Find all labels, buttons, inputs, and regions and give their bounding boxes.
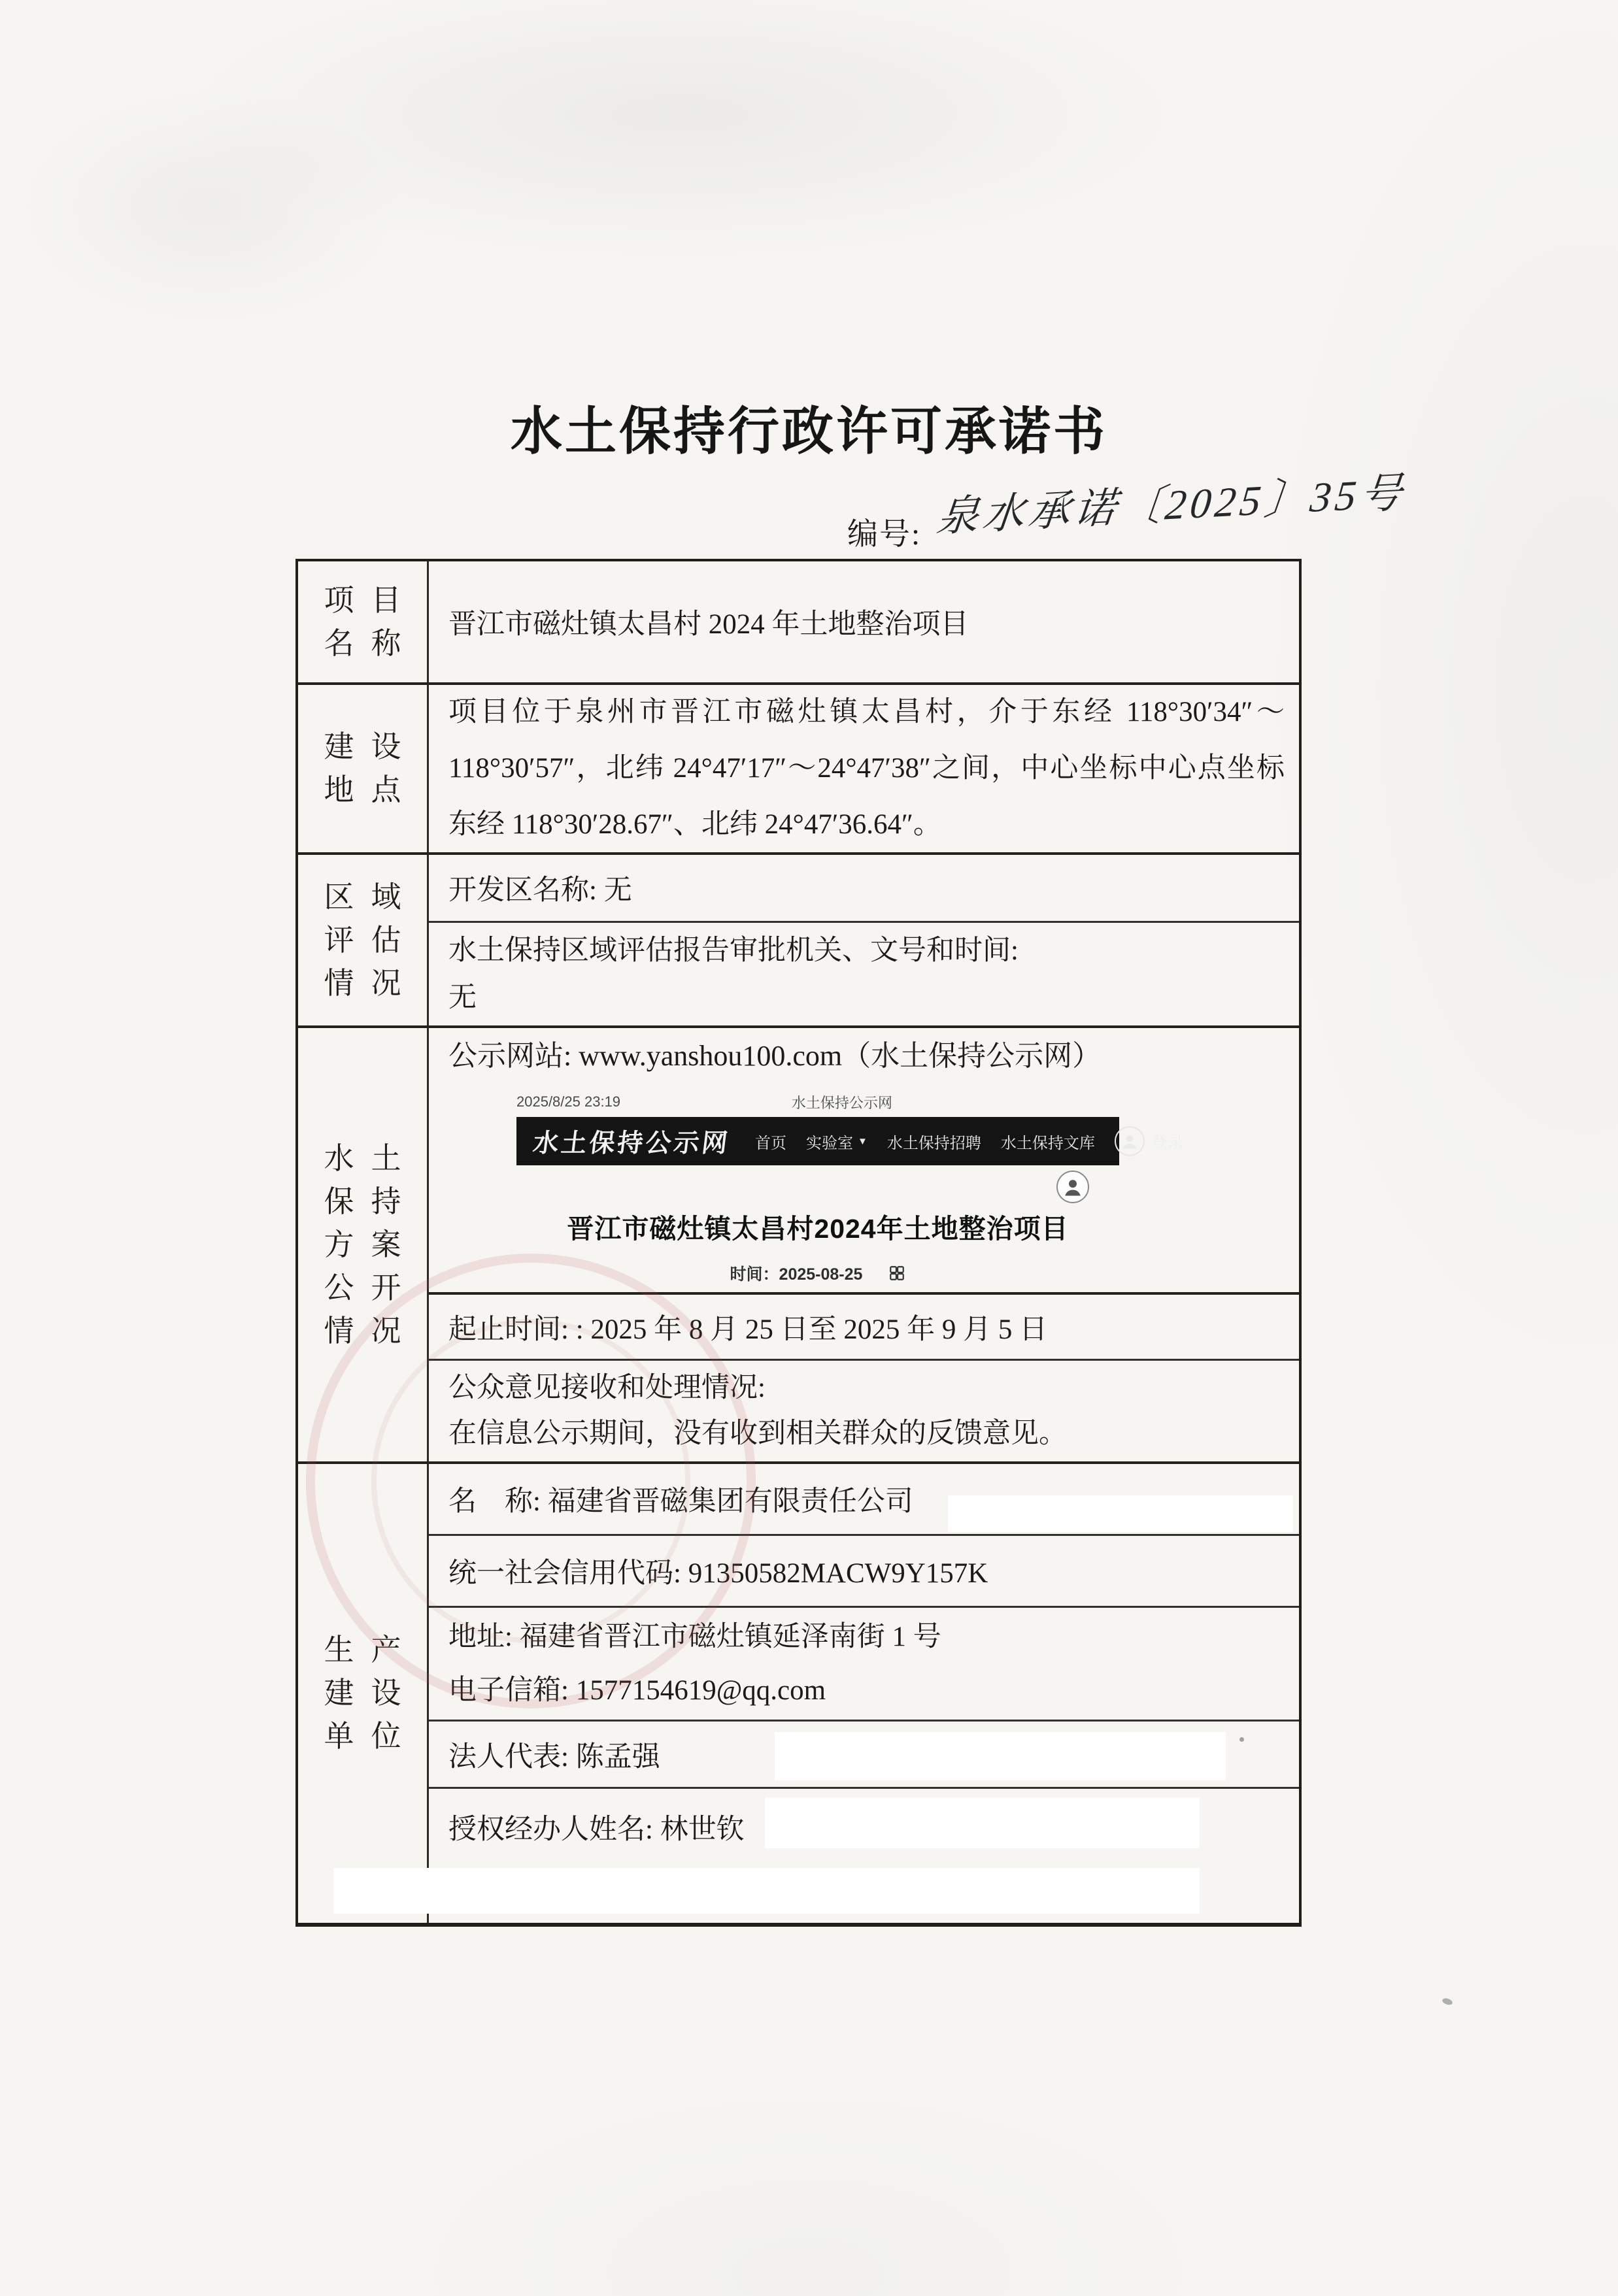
row-label-plan-disclosure: 水土 保持 方案 公开 情况 <box>298 1025 429 1461</box>
print-page-title: 水土保持公示网 <box>792 1092 892 1112</box>
browser-print-header: 2025/8/25 23:19 水土保持公示网 <box>516 1093 1119 1113</box>
credit-code-value: 统一社会信用代码: 91350582MACW9Y157K <box>448 1551 1285 1591</box>
redaction-box <box>775 1732 1226 1780</box>
redaction-box <box>333 1868 1200 1914</box>
regional-approval-label: 水土保持区域评估报告审批机关、文号和时间: <box>448 927 1285 974</box>
row-label-regional-assessment: 区域 评估 情况 <box>298 852 429 1025</box>
avatar-icon <box>1056 1171 1089 1203</box>
share-grid-icon <box>888 1265 905 1282</box>
row-label-project-name: 项目 名称 <box>298 561 429 682</box>
article-title: 晋江市磁灶镇太昌村2024年土地整治项目 <box>516 1207 1119 1246</box>
nav-item-jobs: 水土保持招聘 <box>887 1130 981 1153</box>
article-date: 时间：2025-08-25 <box>730 1261 863 1285</box>
construction-site-value: 项目位于泉州市晋江市磁灶镇太昌村，介于东经 118°30′34″～118°30′… <box>448 684 1285 852</box>
nav-item-library: 水土保持文库 <box>1001 1130 1095 1153</box>
print-timestamp: 2025/8/25 23:19 <box>516 1093 620 1110</box>
document-title: 水土保持行政许可承诺书 <box>0 390 1618 464</box>
nav-item-home: 首页 <box>755 1130 786 1153</box>
construction-site-cell: 项目位于泉州市晋江市磁灶镇太昌村，介于东经 118°30′34″～118°30′… <box>429 682 1299 852</box>
chevron-down-icon: ▼ <box>858 1136 868 1147</box>
redaction-box <box>765 1797 1200 1848</box>
serial-number-line: 编号: 泉水承诺〔2025〕35号 <box>847 484 1404 554</box>
article-meta: 时间：2025-08-25 <box>516 1261 1119 1285</box>
commitment-table: 项目 名称 建设 地点 区域 评估 情况 水土 保持 方案 公开 情况 生产 建… <box>295 559 1302 1927</box>
webpage-screenshot: 2025/8/25 23:19 水土保持公示网 水土保持公示网 首页 实验室 ▼… <box>516 1093 1119 1285</box>
dev-zone-cell: 开发区名称: 无 <box>429 852 1299 921</box>
email-value: 电子信箱: 1577154619@qq.com <box>448 1664 1285 1718</box>
serial-number-label: 编号: <box>847 510 921 554</box>
redaction-box <box>948 1495 1293 1532</box>
duration-value: 起止时间: : 2025 年 8 月 25 日至 2025 年 9 月 5 日 <box>448 1307 1285 1347</box>
regional-approval-cell: 水土保持区域评估报告审批机关、文号和时间: 无 <box>429 921 1299 1025</box>
site-logo: 水土保持公示网 <box>531 1123 733 1159</box>
credit-code-cell: 统一社会信用代码: 91350582MACW9Y157K <box>429 1534 1299 1606</box>
address-email-cell: 地址: 福建省晋江市磁灶镇延泽南街 1 号 电子信箱: 1577154619@q… <box>429 1606 1299 1720</box>
scan-speck <box>1239 1737 1244 1742</box>
duration-cell: 起止时间: : 2025 年 8 月 25 日至 2025 年 9 月 5 日 <box>429 1292 1299 1359</box>
serial-number-handwritten: 泉水承诺〔2025〕35号 <box>934 459 1409 544</box>
nav-item-lab: 实验室 ▼ <box>806 1130 868 1153</box>
regional-approval-value: 无 <box>448 974 1285 1022</box>
disclosure-website-line: 公示网站: www.yanshou100.com（水土保持公示网） <box>448 1039 1285 1074</box>
feedback-title: 公众意见接收和处理情况: <box>448 1365 1285 1411</box>
project-name-value: 晋江市磁灶镇太昌村 2024 年土地整治项目 <box>448 602 1285 642</box>
dev-zone-value: 开发区名称: 无 <box>448 868 1285 908</box>
website-navbar: 水土保持公示网 首页 实验室 ▼ 水土保持招聘 水土保持文库 登录 <box>516 1117 1119 1165</box>
disclosure-website-cell: 公示网站: www.yanshou100.com（水土保持公示网） 2025/8… <box>429 1025 1299 1292</box>
user-avatar-icon <box>1115 1126 1145 1156</box>
address-value: 地址: 福建省晋江市磁灶镇延泽南街 1 号 <box>448 1610 1285 1664</box>
project-name-cell: 晋江市磁灶镇太昌村 2024 年土地整治项目 <box>429 561 1299 682</box>
feedback-value: 在信息公示期间，没有收到相关群众的反馈意见。 <box>448 1411 1285 1457</box>
public-feedback-cell: 公众意见接收和处理情况: 在信息公示期间，没有收到相关群众的反馈意见。 <box>429 1359 1299 1461</box>
login-label: 登录 <box>1151 1129 1184 1153</box>
login-area: 登录 <box>1115 1126 1184 1156</box>
row-label-construction-unit: 生产 建设 单位 <box>298 1461 429 1923</box>
row-label-construction-site: 建设 地点 <box>298 682 429 852</box>
scan-speck <box>1441 1997 1453 2006</box>
